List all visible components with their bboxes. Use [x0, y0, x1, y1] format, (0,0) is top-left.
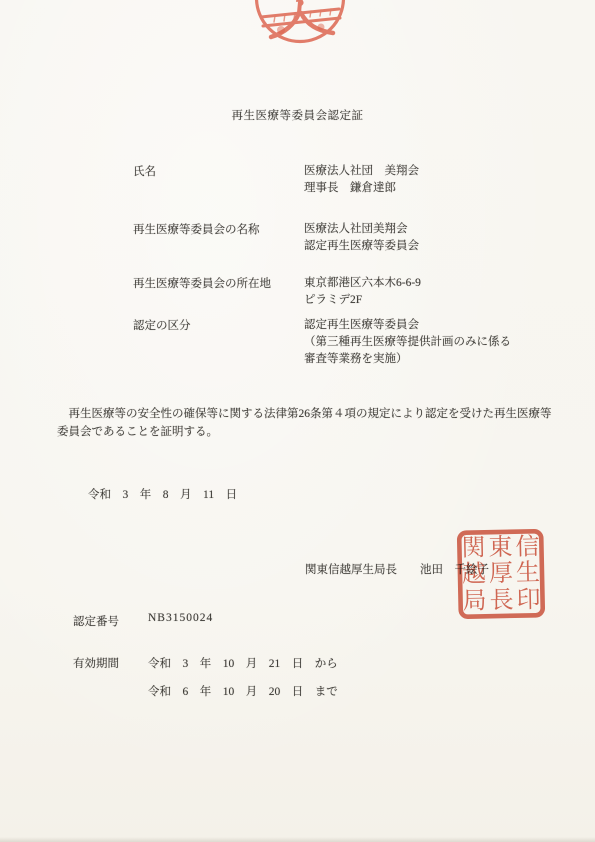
certification-number-label: 認定番号 [73, 613, 119, 629]
certification-statement: 再生医療等の安全性の確保等に関する法律第26条第４項の規定により認定を受けた再生… [57, 405, 562, 441]
seal-char: 東 [488, 534, 513, 561]
seal-char: 越 [462, 560, 487, 587]
validity-from: 令和 3 年 10 月 21 日 から [148, 655, 338, 671]
seal-char: 局 [462, 588, 487, 614]
certification-number-value: NB3150024 [148, 612, 213, 624]
office-seal-stamp: 関 東 信 越 厚 生 局 長 印 [455, 527, 547, 621]
validity-to: 令和 6 年 10 月 20 日 まで [148, 683, 338, 699]
field-label-committee-name: 再生医療等委員会の名称 [133, 221, 260, 237]
field-label-category: 認定の区分 [133, 317, 191, 333]
seal-char: 生 [516, 559, 541, 586]
seal-char: 長 [489, 587, 514, 614]
round-stamp-icon [254, 0, 346, 46]
field-value-committee-address: 東京都港区六本木6-6-9 ピラミデ2F [304, 275, 421, 309]
seal-char: 印 [516, 586, 541, 613]
seal-char: 信 [515, 533, 540, 560]
certificate-title: 再生医療等委員会認定証 [0, 107, 595, 123]
issue-date: 令和 3 年 8 月 11 日 [88, 486, 237, 502]
seal-char: 厚 [489, 560, 514, 587]
field-value-category: 認定再生医療等委員会 （第三種再生医療等提供計画のみに係る 審査等業務を実施） [304, 317, 511, 368]
validity-period-label: 有効期間 [73, 655, 119, 671]
field-value-name: 医療法人社団 美翔会 理事長 鎌倉達郎 [304, 163, 419, 197]
field-label-name: 氏名 [133, 163, 156, 179]
field-label-committee-address: 再生医療等委員会の所在地 [133, 275, 271, 291]
certificate-page: 再生医療等委員会認定証 氏名 医療法人社団 美翔会 理事長 鎌倉達郎 再生医療等… [0, 0, 595, 842]
field-value-committee-name: 医療法人社団美翔会 認定再生医療等委員会 [304, 221, 419, 255]
seal-char: 関 [461, 535, 486, 561]
